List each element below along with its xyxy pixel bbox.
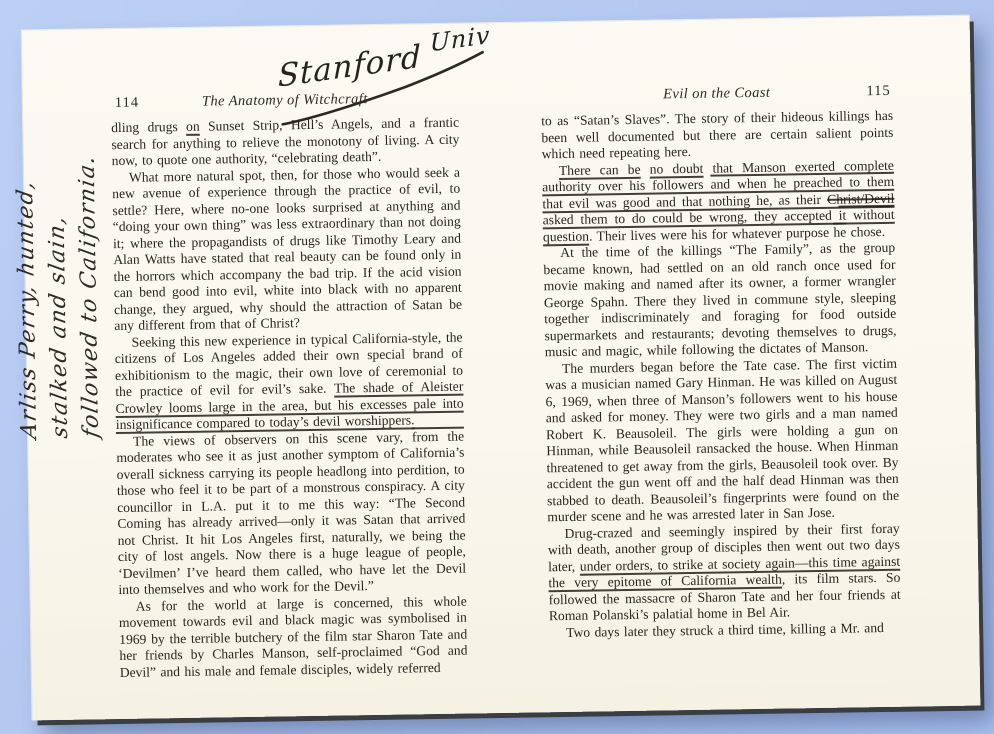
left-page: 114 The Anatomy of Witchcraft dling drug… xyxy=(111,90,468,681)
margin-note-line: followed to California. xyxy=(71,103,107,440)
pen-marked-text: on xyxy=(186,119,200,134)
left-page-number: 114 xyxy=(115,95,139,112)
print-text: At the time of the killings “The Family”… xyxy=(543,240,896,360)
right-page-body: to as “Satan’s Slaves”. The story of the… xyxy=(541,108,901,641)
print-text: that Manson exerted complete xyxy=(703,157,894,175)
pen-marked-text: authority over his followers xyxy=(542,177,711,195)
print-text xyxy=(640,161,649,176)
pen-marked-text: question xyxy=(543,228,589,244)
print-text: . Their lives were his for whatever purp… xyxy=(589,224,834,243)
print-text: The murders began before the Tate case. … xyxy=(545,355,899,524)
pen-marked-text: it without xyxy=(839,207,895,223)
pen-marked-text: There can be xyxy=(559,161,641,177)
pen-marked-text: he xyxy=(833,224,846,239)
paragraph: There can be no doubt that Manson exerte… xyxy=(542,157,895,245)
paragraph: As for the world at large is concerned, … xyxy=(119,593,468,681)
left-running-head: The Anatomy of Witchcraft xyxy=(111,90,459,112)
right-page-header: Evil on the Coast 115 xyxy=(541,83,893,109)
handwritten-margin-note: Arliss Perry, hunted, stalked and slain,… xyxy=(9,105,112,438)
print-text: moderates who see it as just another sym… xyxy=(116,445,466,597)
left-page-header: 114 The Anatomy of Witchcraft xyxy=(111,90,459,115)
right-page: Evil on the Coast 115 to as “Satan’s Sla… xyxy=(541,83,902,641)
print-text: What more natural spot, then, for those … xyxy=(112,164,462,333)
print-text: chose. xyxy=(846,223,885,239)
paragraph: Drug-crazed and seemingly inspired by th… xyxy=(547,520,901,625)
pen-marked-text: no doubt xyxy=(650,160,704,176)
paragraph: to as “Satan’s Slaves”. The story of the… xyxy=(541,108,894,163)
paragraph: Seeking this new experience in typical C… xyxy=(114,329,464,433)
scanned-book-spread: StanfordUniv Arliss Perry, hunted, stalk… xyxy=(21,15,981,721)
print-text: As for the world at large is concerned, … xyxy=(119,593,468,679)
paragraph: The murders began before the Tate case. … xyxy=(545,355,900,526)
paragraph: What more natural spot, then, for those … xyxy=(112,164,463,334)
right-running-head: Evil on the Coast xyxy=(541,83,893,106)
pen-marked-text: from the xyxy=(412,428,464,444)
print-text: dling drugs xyxy=(111,119,186,135)
print-text: to as “Satan’s Slaves”. The story of the… xyxy=(541,108,893,162)
left-page-body: dling drugs on Sunset Strip, Hell’s Ange… xyxy=(111,115,468,681)
pen-marked-text: Christ/Devil xyxy=(827,190,894,206)
pen-marked-text: and when he preached to them xyxy=(710,174,894,192)
paragraph: dling drugs on Sunset Strip, Hell’s Ange… xyxy=(111,115,460,170)
paragraph: At the time of the killings “The Family”… xyxy=(543,240,897,361)
right-page-number: 115 xyxy=(866,83,890,100)
paragraph: The views of observers on this scene var… xyxy=(116,428,467,598)
